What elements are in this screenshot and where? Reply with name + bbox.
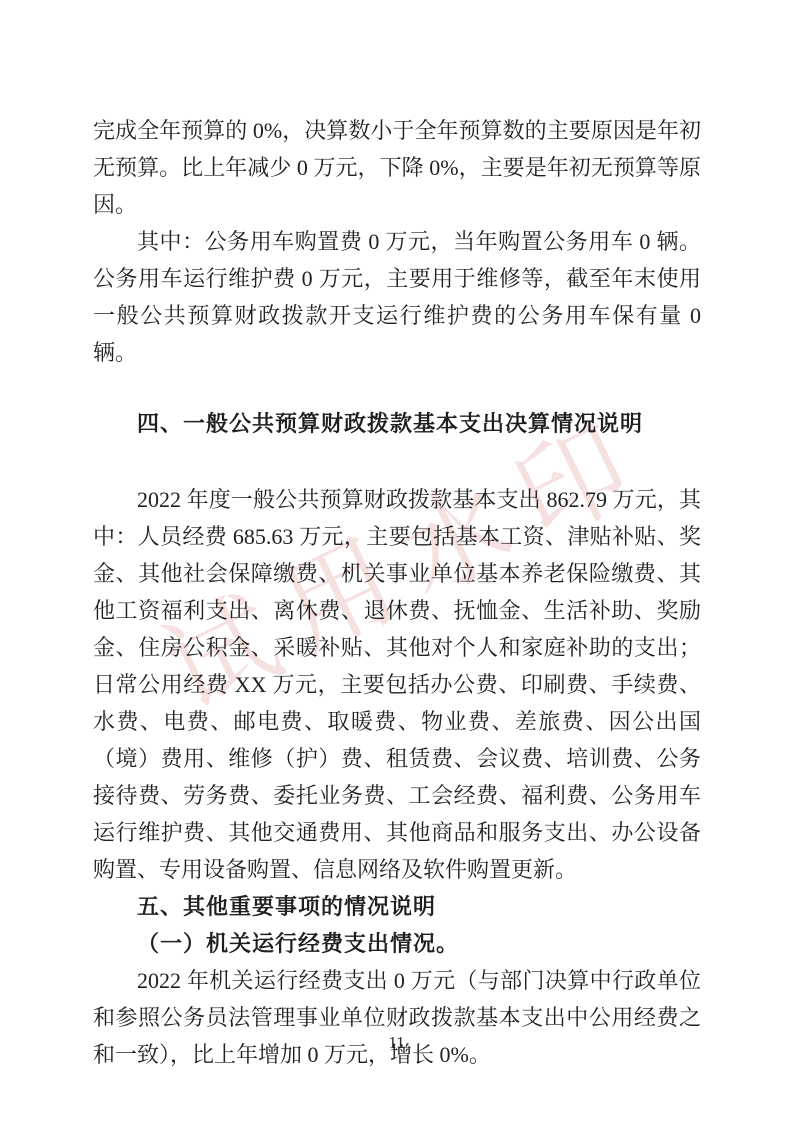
- heading-section-five: 五、其他重要事项的情况说明: [93, 888, 701, 925]
- subheading-operating-expense: （一）机关运行经费支出情况。: [93, 925, 701, 962]
- page-number: 11: [0, 1033, 793, 1053]
- document-page: 试用水印 完成全年预算的 0%，决算数小于全年预算数的主要原因是年初无预算。比上…: [0, 0, 793, 1122]
- paragraph-budget-completion: 完成全年预算的 0%，决算数小于全年预算数的主要原因是年初无预算。比上年减少 0…: [93, 112, 701, 223]
- paragraph-official-vehicles: 其中：公务用车购置费 0 万元，当年购置公务用车 0 辆。公务用车运行维护费 0…: [93, 223, 701, 371]
- heading-section-four: 四、一般公共预算财政拨款基本支出决算情况说明: [93, 405, 701, 442]
- paragraph-basic-expenditure: 2022 年度一般公共预算财政拨款基本支出 862.79 万元，其中：人员经费 …: [93, 481, 701, 888]
- page-content: 完成全年预算的 0%，决算数小于全年预算数的主要原因是年初无预算。比上年减少 0…: [93, 112, 701, 1073]
- paragraph-operating-expense: 2022 年机关运行经费支出 0 万元（与部门决算中行政单位和参照公务员法管理事…: [93, 962, 701, 1073]
